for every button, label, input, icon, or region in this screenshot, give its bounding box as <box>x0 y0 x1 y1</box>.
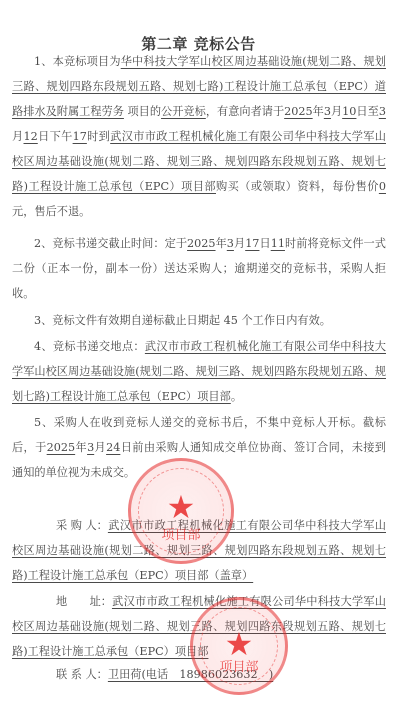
purchaser-block: 采 购 人：武汉市市政工程机械化施工有限公司华中科技大学军山校区周边基础设施(规… <box>12 513 386 588</box>
purchaser-label: 采 购 人： <box>34 513 108 538</box>
notify-year: 2025 <box>47 441 75 454</box>
end-month: 3 <box>379 105 386 118</box>
contact-value: 卫田荷(电话 18986023632 ) <box>108 668 273 681</box>
section-1: 1、本竞标项目为华中科技大学军山校区周边基础设施(规划二路、规划三路、规划四路东… <box>12 49 386 224</box>
address-label: 地 址： <box>34 589 112 614</box>
start-year: 2025 <box>284 105 312 118</box>
deadline-year: 2025 <box>187 237 215 250</box>
deadline-hour: 11 <box>271 237 285 250</box>
end-hour: 17 <box>73 130 87 143</box>
start-month: 3 <box>324 105 331 118</box>
deadline-month: 3 <box>227 237 234 250</box>
end-day: 12 <box>24 130 38 143</box>
section-5: 5、采购人在收到竞标人递交的竞标书后，不集中竞标人开标。截标后，于2025年3月… <box>12 410 386 485</box>
section-4: 4、竞标书递交地点：武汉市市政工程机械化施工有限公司华中科技大学军山校区周边基础… <box>12 334 386 409</box>
start-day: 10 <box>342 105 356 118</box>
section-3: 3、竞标文件有效期自递标截止日期起 45 个工作日内有效。 <box>12 308 386 333</box>
deadline-day: 17 <box>245 237 259 250</box>
bid-method: 公开竞标 <box>161 105 206 118</box>
address-block: 地 址：武汉市市政工程机械化施工有限公司华中科技大学军山校区周边基础设施(规划二… <box>12 589 386 664</box>
document-page: 第二章 竞标公告 1、本竞标项目为华中科技大学军山校区周边基础设施(规划二路、规… <box>0 0 397 720</box>
section-2: 2、竞标书递交截止时间：定于2025年3月17日11时前将竞标文件一式二份（正本… <box>12 231 386 306</box>
contact-block: 联 系 人：卫田荷(电话 18986023632 ) <box>12 662 386 687</box>
contact-label: 联 系 人： <box>34 662 108 687</box>
price: 0 <box>379 180 386 193</box>
notify-day: 24 <box>106 441 120 454</box>
